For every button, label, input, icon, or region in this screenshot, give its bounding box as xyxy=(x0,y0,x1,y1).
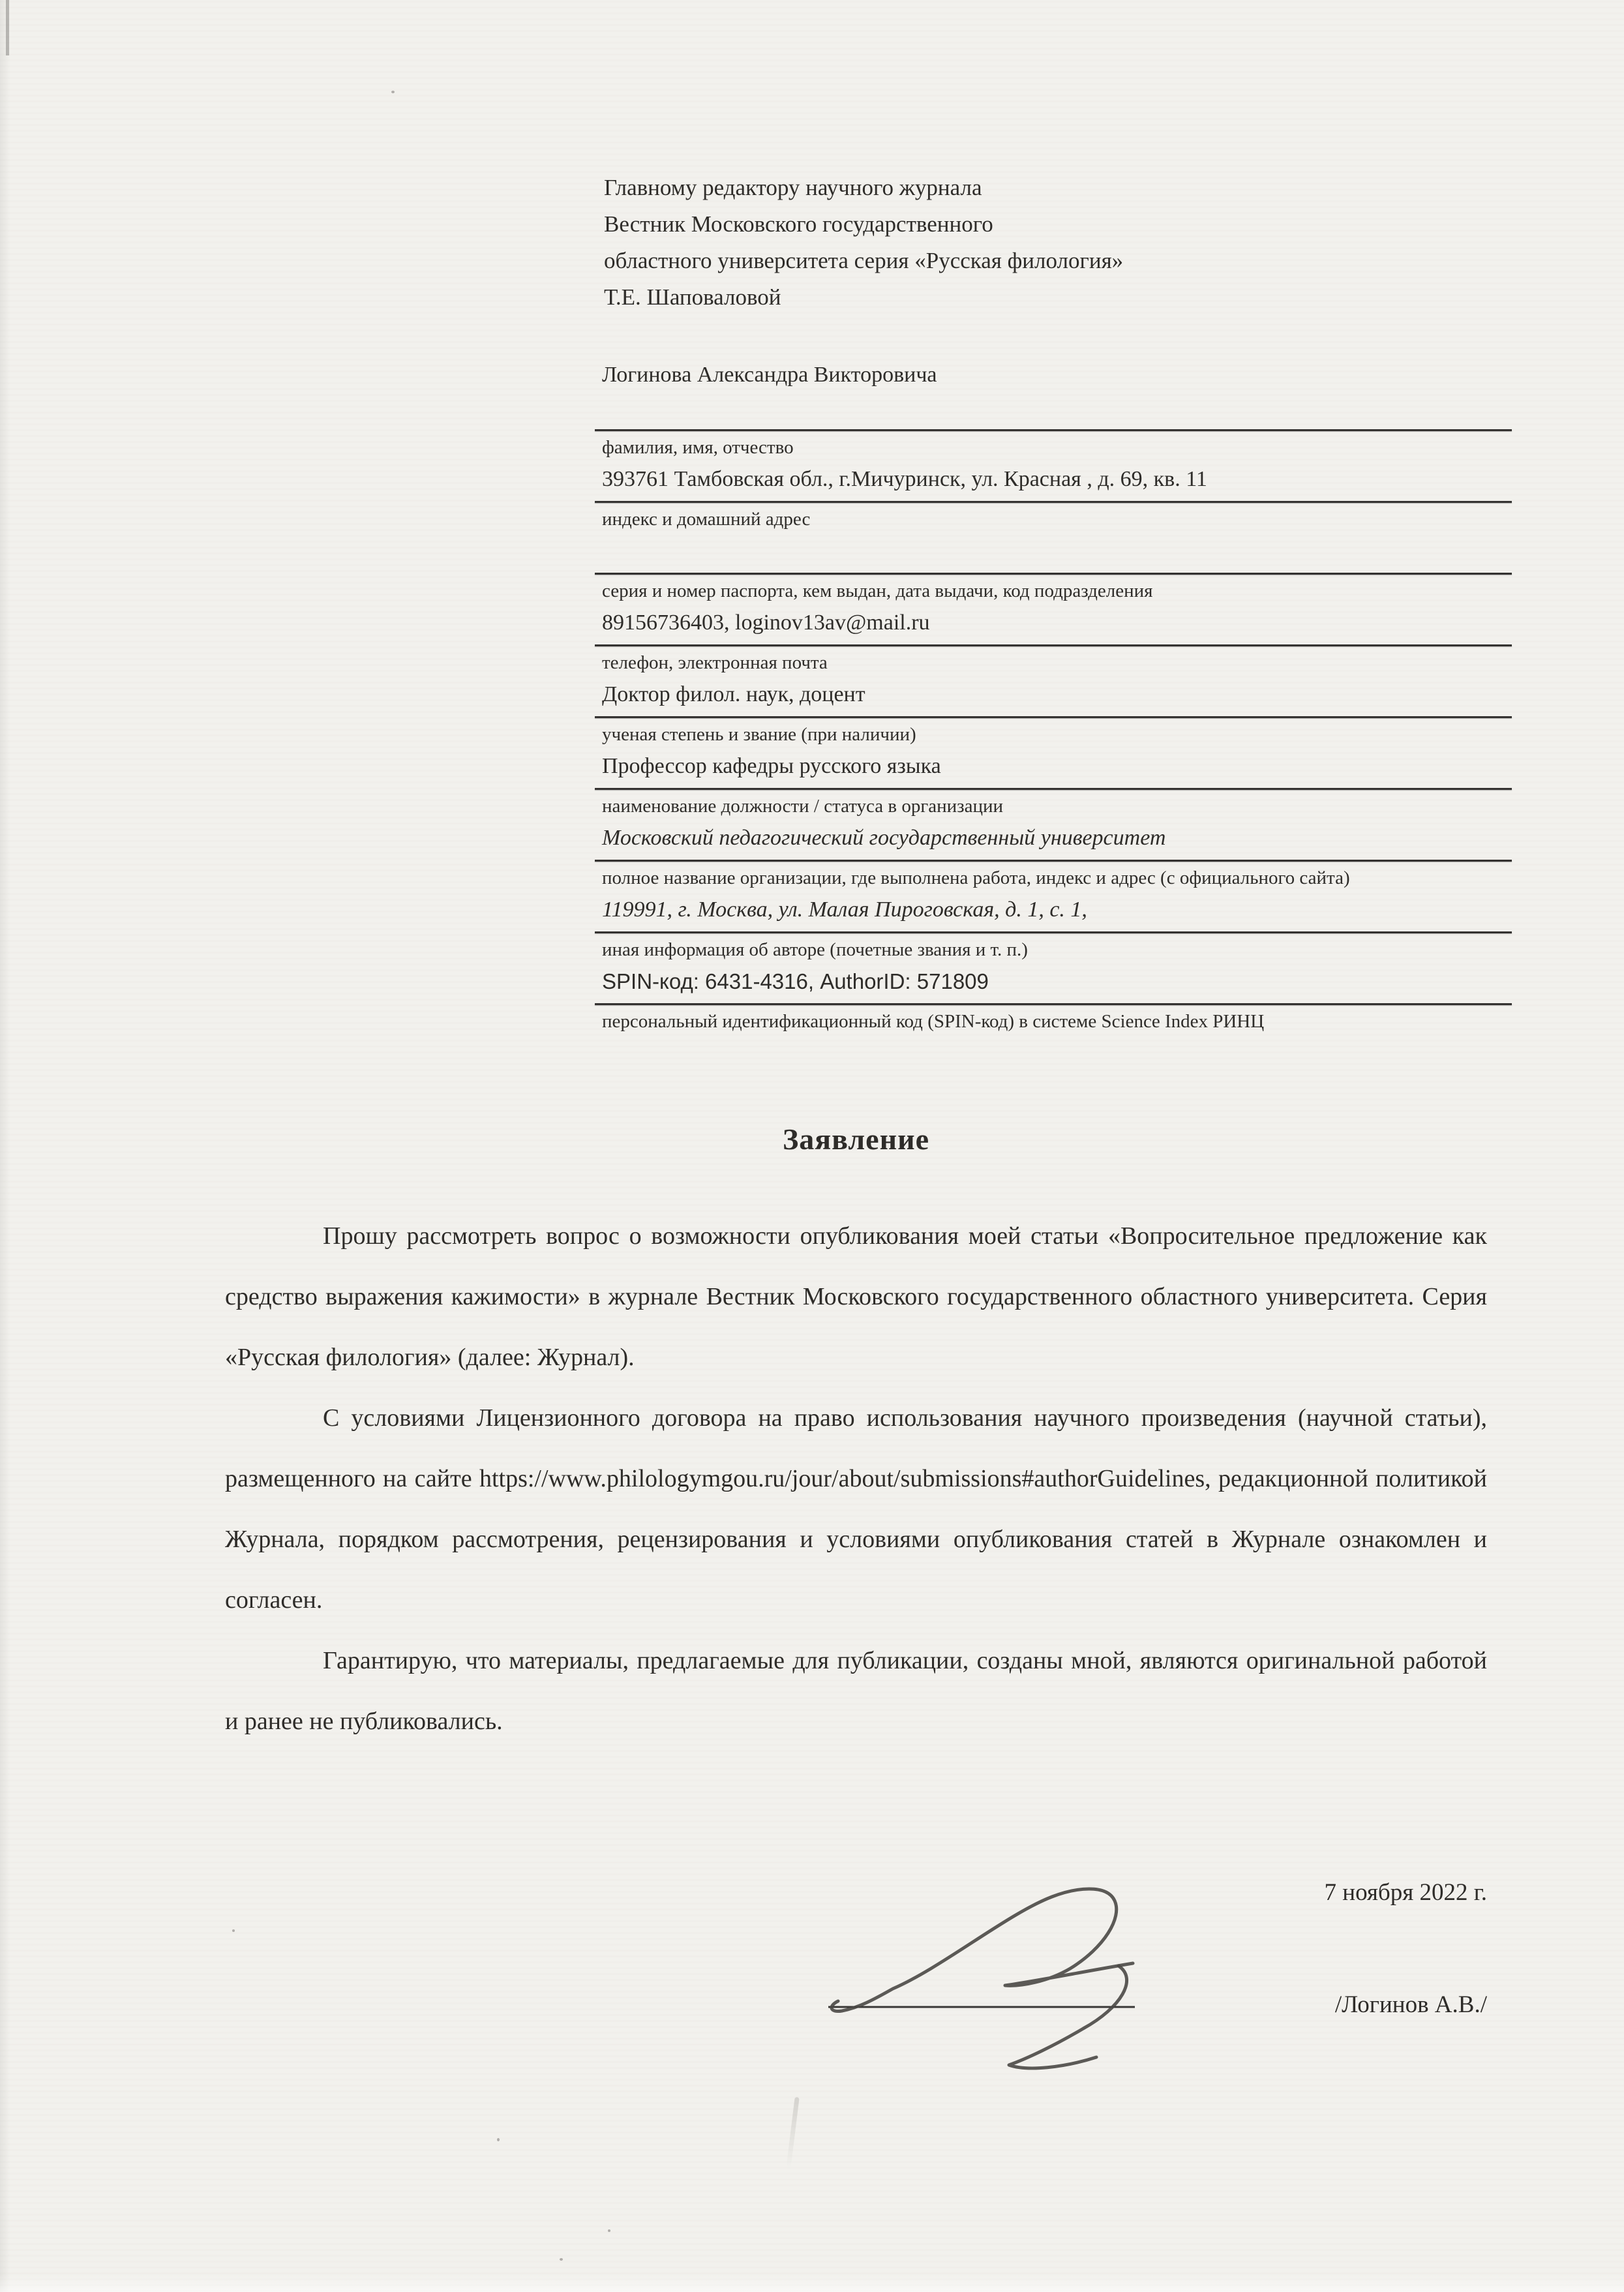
scan-speck xyxy=(497,2138,500,2141)
document-title: Заявление xyxy=(225,1122,1487,1156)
scan-speck xyxy=(560,2258,563,2261)
scan-speck xyxy=(391,91,395,93)
addressee-line: областного университета серия «Русская ф… xyxy=(604,243,1530,279)
form-field-caption: телефон, электронная почта xyxy=(595,646,1512,674)
form-field-value: Доктор филол. наук, доцент xyxy=(595,674,1512,716)
form-field-value: Профессор кафедры русского языка xyxy=(595,746,1512,788)
form-field-value: 119991, г. Москва, ул. Малая Пироговская… xyxy=(595,889,1512,931)
form-field-value: 393761 Тамбовская обл., г.Мичуринск, ул.… xyxy=(595,459,1512,501)
body-paragraph: Гарантирую, что материалы, предлагаемые … xyxy=(225,1631,1487,1752)
signature-name: /Логинов А.В./ xyxy=(225,1991,1487,2019)
scan-smudge xyxy=(786,2097,799,2169)
scan-edge-artifact xyxy=(6,0,9,55)
form-field-caption: серия и номер паспорта, кем выдан, дата … xyxy=(595,575,1512,602)
applicant-name-value: Логинова Александра Викторовича xyxy=(595,363,1512,429)
form-field-caption: иная информация об авторе (почетные зван… xyxy=(595,933,1512,961)
scan-speck xyxy=(232,1929,235,1932)
form-field-caption: наименование должности / статуса в орган… xyxy=(595,790,1512,817)
scan-speck xyxy=(608,2229,610,2232)
applicant-form: Логинова Александра Викторовичафамилия, … xyxy=(595,363,1512,1033)
handwritten-signature-icon xyxy=(812,1882,1177,2078)
body-paragraph: С условиями Лицензионного договора на пр… xyxy=(225,1388,1487,1631)
form-field-caption: полное название организации, где выполне… xyxy=(595,862,1512,889)
form-field-caption: ученая степень и звание (при наличии) xyxy=(595,718,1512,746)
form-field-caption: индекс и домашний адрес xyxy=(595,503,1512,530)
form-field-value: 89156736403, loginov13av@mail.ru xyxy=(595,602,1512,644)
addressee-line: Главному редактору научного журнала xyxy=(604,170,1530,206)
form-field-caption: персональный идентификационный код (SPIN… xyxy=(595,1005,1512,1033)
addressee-block: Главному редактору научного журналаВестн… xyxy=(604,170,1530,316)
addressee-line: Вестник Московского государственного xyxy=(604,206,1530,243)
form-field-caption: фамилия, имя, отчество xyxy=(595,431,1512,459)
scanned-application-letter: Главному редактору научного журналаВестн… xyxy=(0,0,1624,2292)
letter-body: Прошу рассмотреть вопрос о возможности о… xyxy=(225,1206,1487,1752)
form-field-value xyxy=(595,530,1512,573)
addressee-line: Т.Е. Шаповаловой xyxy=(604,279,1530,316)
form-field-value: Московский педагогический государственны… xyxy=(595,817,1512,860)
form-field-value: SPIN-код: 6431-4316, AuthorID: 571809 xyxy=(595,961,1512,1003)
body-paragraph: Прошу рассмотреть вопрос о возможности о… xyxy=(225,1206,1487,1388)
